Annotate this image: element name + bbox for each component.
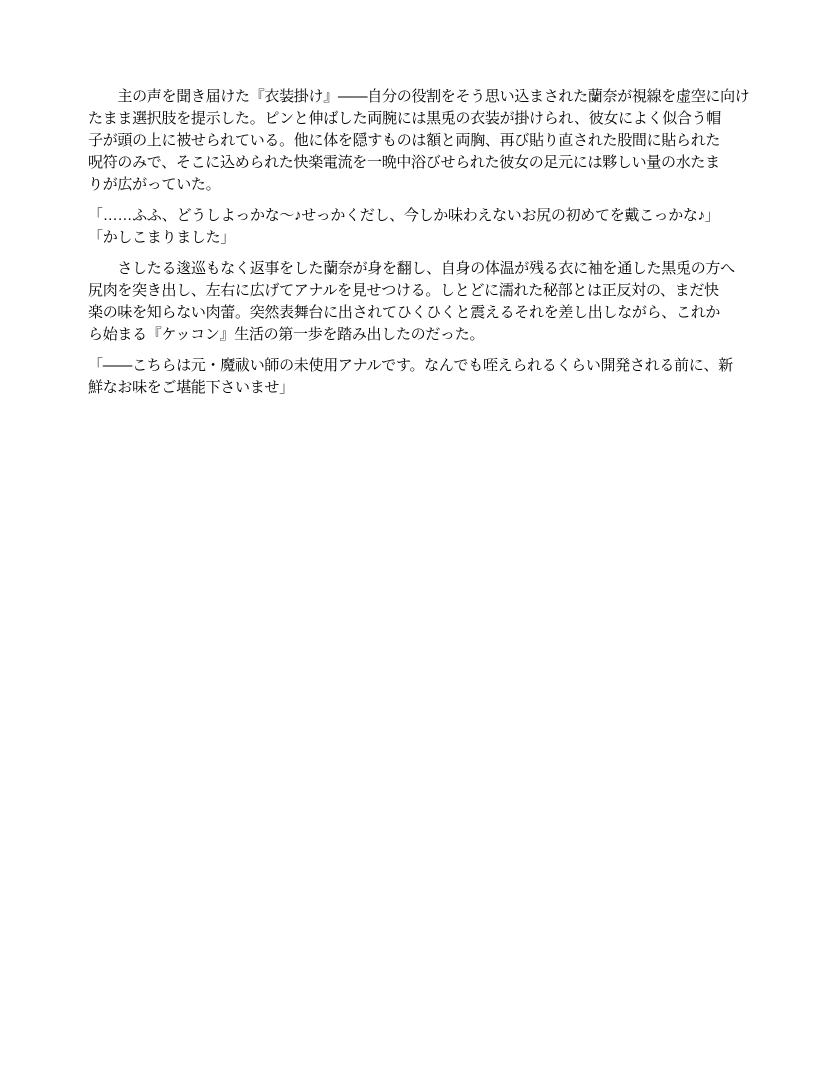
text-line: さしたる逡巡もなく返事をした蘭奈が身を翻し、自身の体温が残る衣に袖を通した黒兎の… (88, 258, 760, 280)
text-line: 尻肉を突き出し、左右に広げてアナルを見せつける。しとどに濡れた秘部とは正反対の、… (88, 280, 760, 302)
text-line: 鮮なお味をご堪能下さいませ」 (88, 377, 760, 399)
text-line: 呪符のみで、そこに込められた快楽電流を一晩中浴びせられた彼女の足元には夥しい量の… (88, 152, 760, 174)
text-line: 子が頭の上に被せられている。他に体を隠すものは額と両胸、再び貼り直された股間に貼… (88, 130, 760, 152)
dialogue-block-2: 「――こちらは元・魔祓い師の未使用アナルです。なんでも咥えられるくらい開発される… (88, 355, 760, 399)
narrative-paragraph-2: さしたる逡巡もなく返事をした蘭奈が身を翻し、自身の体温が残る衣に袖を通した黒兎の… (88, 258, 760, 346)
document-text-column: 主の声を聞き届けた『衣装掛け』――自分の役割をそう思い込まされた蘭奈が視線を虚空… (88, 86, 760, 399)
text-line: ら始まる『ケッコン』生活の第一歩を踏み出したのだった。 (88, 324, 760, 346)
text-line: たまま選択肢を提示した。ピンと伸ばした両腕には黒兎の衣装が掛けられ、彼女によく似… (88, 108, 760, 130)
text-line: 楽の味を知らない肉蕾。突然表舞台に出されてひくひくと震えるそれを差し出しながら、… (88, 302, 760, 324)
text-line: 主の声を聞き届けた『衣装掛け』――自分の役割をそう思い込まされた蘭奈が視線を虚空… (88, 86, 760, 108)
text-line: りが広がっていた。 (88, 174, 760, 196)
text-line: 「――こちらは元・魔祓い師の未使用アナルです。なんでも咥えられるくらい開発される… (88, 355, 760, 377)
text-line: 「かしこまりました」 (88, 227, 760, 249)
text-line: 「……ふふ、どうしよっかな～♪せっかくだし、今しか味わえないお尻の初めてを戴こっ… (88, 205, 760, 227)
narrative-paragraph-1: 主の声を聞き届けた『衣装掛け』――自分の役割をそう思い込まされた蘭奈が視線を虚空… (88, 86, 760, 196)
dialogue-block-1: 「……ふふ、どうしよっかな～♪せっかくだし、今しか味わえないお尻の初めてを戴こっ… (88, 205, 760, 249)
document-page: 主の声を聞き届けた『衣装掛け』――自分の役割をそう思い込まされた蘭奈が視線を虚空… (0, 0, 835, 1080)
